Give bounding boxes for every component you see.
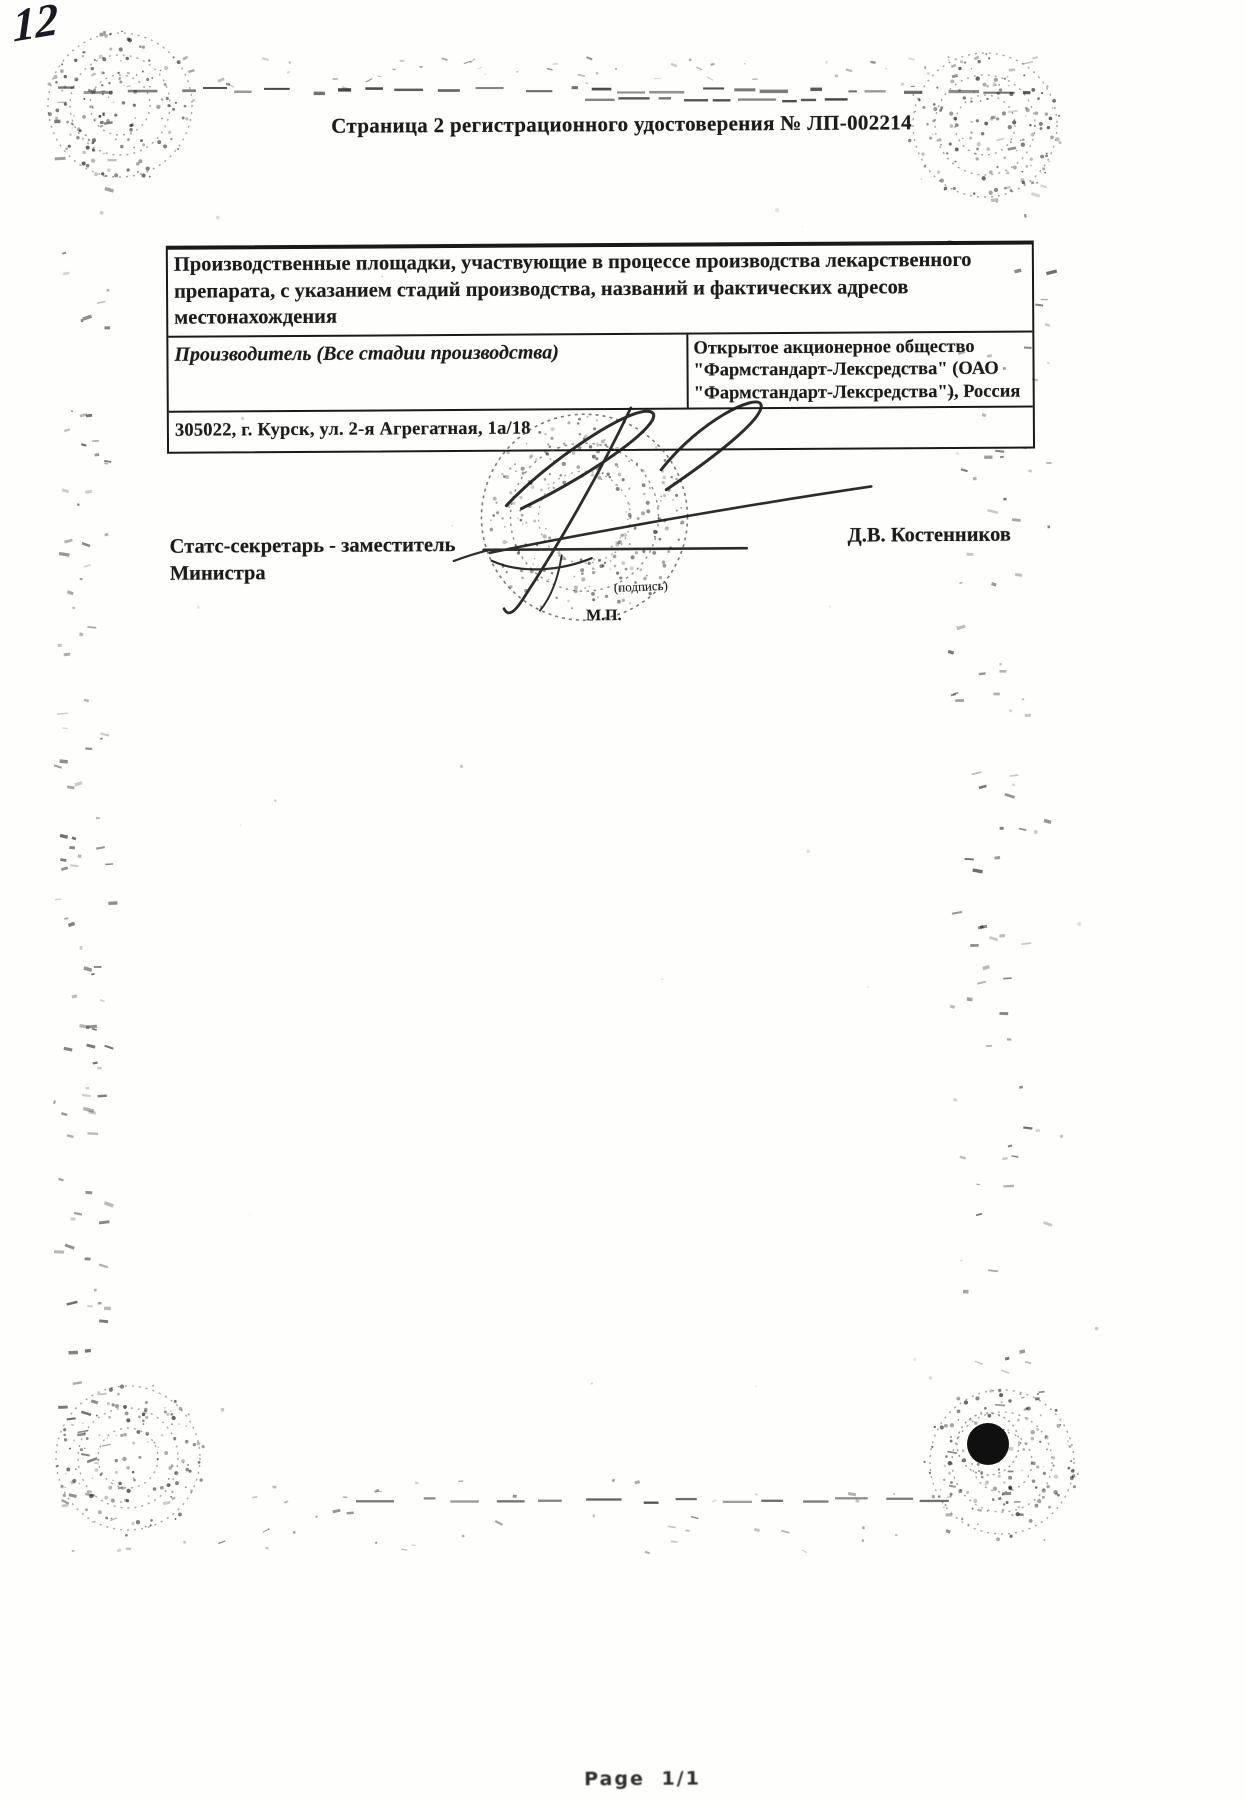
scanned-document-page: 12 Страница 2 регистрационного удостовер…: [0, 0, 1245, 1800]
signer-title-line1: Статс-секретарь - заместитель: [170, 532, 456, 561]
signature-caption: (подпись): [614, 578, 669, 596]
page-footer: Page 1/1: [584, 1768, 701, 1791]
page-title: Страница 2 регистрационного удостоверени…: [0, 108, 1244, 141]
table-header-cell: Производственные площадки, участвующие в…: [168, 244, 1033, 337]
round-stamp-seal: [401, 378, 903, 641]
seal-caption: М.П.: [586, 607, 622, 625]
signer-title-line2: Министра: [170, 559, 456, 588]
signer-name: Д.В. Костенников: [847, 524, 1010, 548]
document-content: 12 Страница 2 регистрационного удостовер…: [0, 0, 1245, 1800]
handwritten-page-number: 12: [12, 0, 59, 53]
signer-title: Статс-секретарь - заместитель Министра: [170, 532, 456, 588]
